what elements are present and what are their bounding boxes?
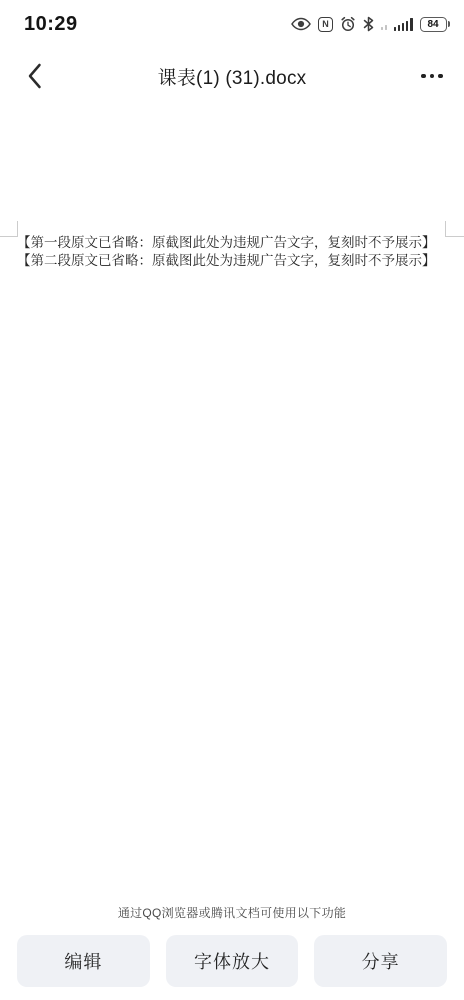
battery-percent: 84 xyxy=(420,17,447,32)
text-boundary-corner-right xyxy=(445,221,464,237)
paragraph: 【第一段原文已省略：原截图此处为违规广告文字，复刻时不予展示】 xyxy=(17,234,447,252)
app-header: 课表(1) (31).docx xyxy=(0,46,464,106)
document-text: 【第一段原文已省略：原截图此处为违规广告文字，复刻时不予展示】 【第二段原文已省… xyxy=(17,234,447,271)
text-boundary-corner-left xyxy=(0,221,18,237)
signal-weak-icon xyxy=(381,18,387,30)
dot-icon xyxy=(438,74,443,79)
edit-button[interactable]: 编辑 xyxy=(17,935,150,987)
back-button[interactable] xyxy=(18,60,50,92)
battery-nub xyxy=(448,21,451,27)
dot-icon xyxy=(430,74,435,79)
document-content-area[interactable]: 【第一段原文已省略：原截图此处为违规广告文字，复刻时不予展示】 【第二段原文已省… xyxy=(0,106,464,890)
footer-hint-text: 通过QQ浏览器或腾讯文档可使用以下功能 xyxy=(0,904,464,921)
alarm-clock-icon xyxy=(340,16,356,32)
back-chevron-icon xyxy=(26,62,43,90)
footer-button-row: 编辑 字体放大 分享 xyxy=(17,935,447,987)
status-bar: 10:29 N 84 xyxy=(0,0,464,46)
share-button[interactable]: 分享 xyxy=(314,935,447,987)
eye-protection-icon xyxy=(291,17,311,31)
paragraph: 【第二段原文已省略：原截图此处为违规广告文字，复刻时不予展示】 xyxy=(17,252,447,270)
document-title: 课表(1) (31).docx xyxy=(60,46,404,106)
status-icons: N 84 xyxy=(291,16,450,32)
status-time: 10:29 xyxy=(24,13,78,36)
bluetooth-icon xyxy=(363,16,374,32)
document-viewer-screen: 10:29 N 84 xyxy=(0,0,464,1000)
nfc-letter: N xyxy=(322,20,329,29)
more-options-button[interactable] xyxy=(414,60,450,92)
enlarge-font-button[interactable]: 字体放大 xyxy=(166,935,299,987)
dot-icon xyxy=(421,74,426,79)
signal-strength-icon xyxy=(394,18,413,31)
battery-icon: 84 xyxy=(420,17,451,32)
nfc-icon: N xyxy=(318,17,333,32)
